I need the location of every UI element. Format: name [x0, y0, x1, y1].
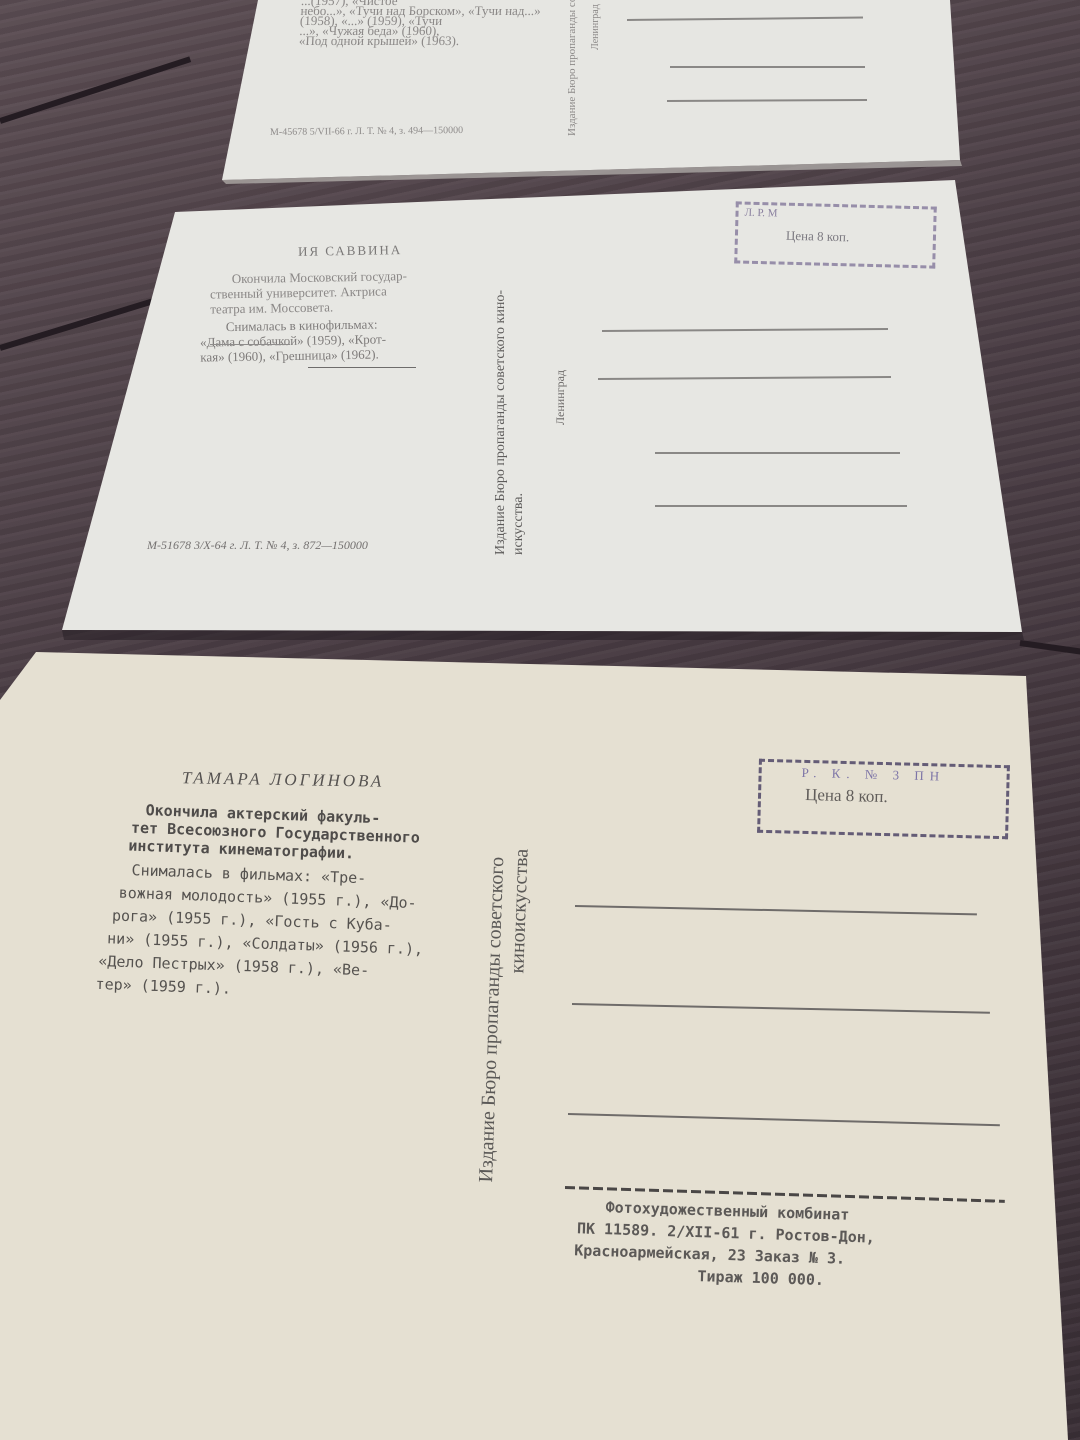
price-stamp: Р. К. № 3 ПН Цена 8 коп. — [757, 759, 1010, 840]
stamp-marks: Р. К. № 3 ПН — [801, 765, 945, 785]
bottom-bio: Окончила актерский факуль- тет Всесоюзно… — [112, 800, 403, 864]
postcard-bottom-shape — [0, 0, 1080, 1440]
postcard-bottom: ТАМАРА ЛОГИНОВА Окончила актерский факул… — [0, 0, 1080, 1440]
stamp-price: Цена 8 коп. — [805, 785, 888, 807]
bottom-filmography: Снималась в фильмах: «Тре- вожная молодо… — [95, 858, 416, 1007]
printer-info: Фотохудожественный комбинат ПК 11589. 2/… — [597, 1196, 898, 1293]
actor-name: ТАМАРА ЛОГИНОВА — [182, 768, 385, 792]
